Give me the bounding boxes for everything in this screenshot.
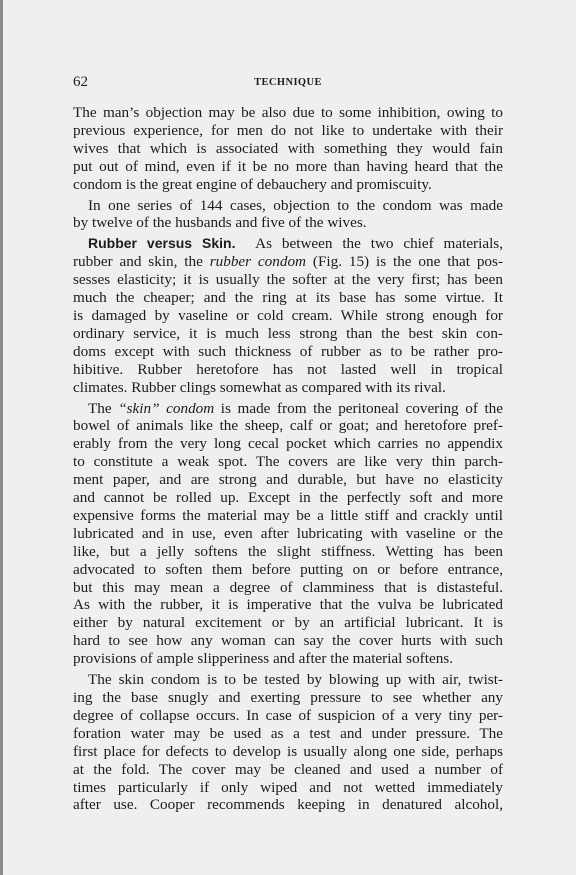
text-line: foration water may be used as a test and…: [73, 725, 503, 743]
text-line: lubricated and in use, even after lubric…: [73, 525, 503, 543]
text-line: The “skin” condom is made from the perit…: [73, 400, 503, 418]
text-line: provisions of ample slipperiness and aft…: [73, 650, 503, 668]
text-line: advocated to soften them before putting …: [73, 561, 503, 579]
body-text: The man’s objection may be also due to s…: [73, 104, 503, 814]
text-line: climates. Rubber clings somewhat as comp…: [73, 379, 503, 397]
text-line: previous experience, for men do not like…: [73, 122, 503, 140]
text-line: by twelve of the husbands and five of th…: [73, 214, 503, 232]
paragraph-skin-condom: The “skin” condom is made from the perit…: [73, 400, 503, 669]
text-line: to constitute a weak spot. The covers ar…: [73, 453, 503, 471]
text-line: after use. Cooper recommends keeping in …: [73, 796, 503, 814]
text-fragment: is made from the peritoneal covering of …: [214, 400, 503, 417]
text-fragment: The: [88, 400, 118, 417]
text-line: ordinary service, it is much less strong…: [73, 325, 503, 343]
text-line: doms except with such thickness of rubbe…: [73, 343, 503, 361]
paragraph: The man’s objection may be also due to s…: [73, 104, 503, 194]
text-line: Rubber versus Skin. As between the two c…: [73, 235, 503, 253]
text-line: In one series of 144 cases, objection to…: [73, 197, 503, 215]
text-line: ment paper, and are strong and durable, …: [73, 471, 503, 489]
paragraph: The skin condom is to be tested by blowi…: [73, 671, 503, 814]
paragraph: In one series of 144 cases, objection to…: [73, 197, 503, 233]
text-fragment: (Fig. 15) is the one that pos-: [306, 253, 503, 270]
text-fragment: As between the two chief materials,: [255, 235, 503, 252]
paragraph-rubber-versus-skin: Rubber versus Skin. As between the two c…: [73, 235, 503, 396]
text-line: put out of mind, even if it be no more t…: [73, 158, 503, 176]
text-line: sesses elasticity; it is usually the sof…: [73, 271, 503, 289]
text-line: hard to see how any woman can say the co…: [73, 632, 503, 650]
book-page: 62 TECHNIQUE The man’s objection may be …: [0, 0, 576, 875]
text-line: ing the base snugly and exerting pressur…: [73, 689, 503, 707]
text-line: erably from the very long cecal pocket w…: [73, 435, 503, 453]
text-line: and cannot be rolled up. Except in the p…: [73, 489, 503, 507]
text-line: As with the rubber, it is imperative tha…: [73, 596, 503, 614]
text-line: expensive forms the material may be a li…: [73, 507, 503, 525]
text-line: is damaged by vaseline or cold cream. Wh…: [73, 307, 503, 325]
text-line: but this may mean a degree of clamminess…: [73, 579, 503, 597]
text-line: The skin condom is to be tested by blowi…: [73, 671, 503, 689]
text-fragment: rubber and skin, the: [73, 253, 210, 270]
running-head: 62 TECHNIQUE: [73, 74, 503, 94]
emphasis-term: rubber condom: [210, 253, 306, 270]
text-line: like, but a jelly softens the slight sti…: [73, 543, 503, 561]
text-line: hibitive. Rubber heretofore has not last…: [73, 361, 503, 379]
text-line: much the cheaper; and the ring at its ba…: [73, 289, 503, 307]
text-line: at the fold. The cover may be cleaned an…: [73, 761, 503, 779]
text-line: first place for defects to develop is us…: [73, 743, 503, 761]
running-head-title: TECHNIQUE: [73, 77, 503, 88]
text-line: condom is the great engine of debauchery…: [73, 176, 503, 194]
emphasis-term: “skin” condom: [118, 400, 214, 417]
text-line: either by natural excitement or by an ar…: [73, 614, 503, 632]
text-line: The man’s objection may be also due to s…: [73, 104, 503, 122]
text-line: times particularly if only wiped and not…: [73, 779, 503, 797]
text-line: degree of collapse occurs. In case of su…: [73, 707, 503, 725]
text-line: bowel of animals like the sheep, calf or…: [73, 417, 503, 435]
text-line: rubber and skin, the rubber condom (Fig.…: [73, 253, 503, 271]
text-line: wives that which is associated with some…: [73, 140, 503, 158]
section-run-in-heading: Rubber versus Skin.: [88, 235, 235, 251]
